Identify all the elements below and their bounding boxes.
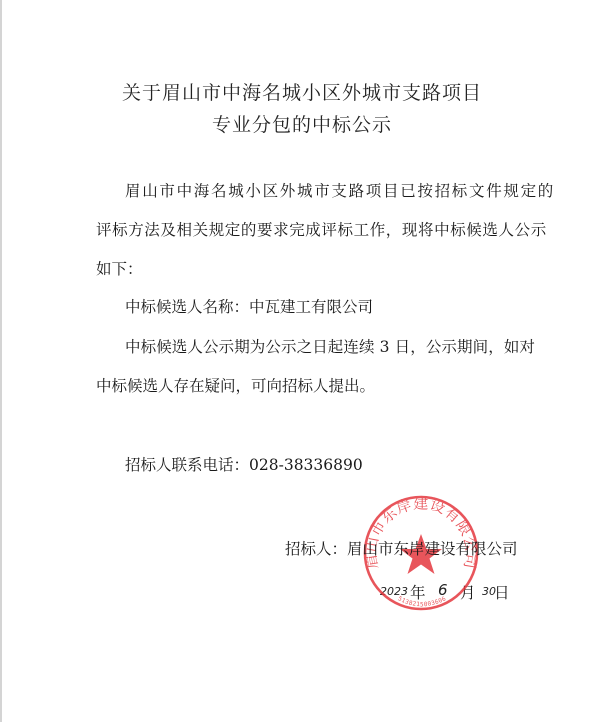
tenderer-line: 招标人：眉山市东岸建设有限公司 (285, 540, 518, 558)
paragraph-1-line-2: 评标方法及相关规定的要求完成评标工作，现将中标候选人公示 (96, 221, 547, 239)
candidate-line: 中标候选人名称：中瓦建工有限公司 (125, 298, 373, 316)
paragraph-2-line-1: 中标候选人公示期为公示之日起连续 3 日，公示期间，如对 (125, 338, 535, 356)
contact-label: 招标人联系电话： (125, 456, 249, 474)
stamp-arc-text: 眉山市东岸建设有限公司 (362, 494, 480, 570)
date-month: 6 (438, 581, 448, 599)
date-month-unit: 月 (460, 581, 476, 603)
contact-phone: 028-38336890 (249, 456, 363, 474)
date-year-unit: 年 (410, 581, 426, 603)
contact-line: 招标人联系电话：028-38336890 (125, 456, 363, 474)
paragraph-1-line-1: 眉山市中海名城小区外城市支路项目已按招标文件规定的 (125, 182, 555, 200)
tenderer-label: 招标人： (285, 540, 347, 558)
page-left-border (0, 0, 2, 722)
date-year: 2023 (380, 585, 408, 598)
candidate-label: 中标候选人名称： (125, 298, 249, 316)
tenderer-name: 眉山市东岸建设有限公司 (347, 540, 518, 558)
document-title-line-1: 关于眉山市中海名城小区外城市支路项目 (0, 83, 596, 103)
date-day-unit: 日 (494, 581, 510, 603)
paragraph-1-line-3: 如下： (96, 260, 143, 278)
candidate-name: 中瓦建工有限公司 (249, 298, 373, 316)
svg-text:眉山市东岸建设有限公司: 眉山市东岸建设有限公司 (362, 494, 480, 570)
document-title-line-2: 专业分包的中标公示 (0, 115, 596, 135)
paragraph-2-line-2: 中标候选人存在疑问，可向招标人提出。 (96, 377, 375, 395)
